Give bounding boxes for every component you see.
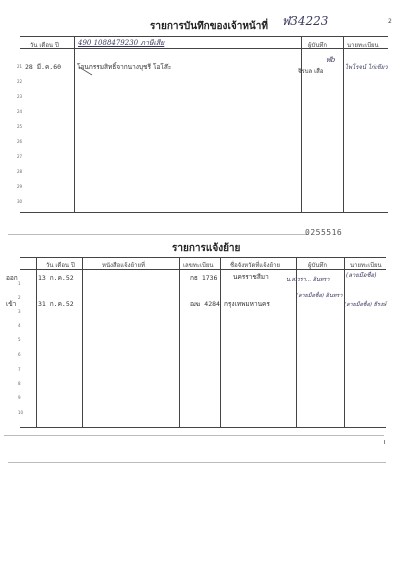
table-bottom-border bbox=[20, 212, 388, 213]
column-header-province: ชื่อจังหวัดที่แจ้งย้าย bbox=[230, 260, 280, 270]
column-header-recorder: ผู้บันทึก bbox=[308, 40, 327, 50]
recorder-name: จิรบล เสือ bbox=[298, 66, 323, 76]
province: กรุงเทพมหานคร bbox=[224, 299, 270, 309]
column-header-registrar: นายทะเบียน bbox=[347, 40, 379, 50]
column-header-date: วัน เดือน ปี bbox=[30, 40, 59, 50]
column-header-notice: หนังสือแจ้งย้ายที่ bbox=[102, 260, 145, 270]
transfer-records-title: รายการแจ้งย้าย bbox=[172, 241, 240, 256]
column-divider bbox=[82, 257, 83, 427]
separator-line bbox=[8, 234, 308, 235]
recorder-initial: ฬb bbox=[326, 55, 335, 66]
registrar-signature: (ลายมือชื่อ) ธีรงษ์ bbox=[344, 301, 386, 309]
header-bottom-border bbox=[20, 48, 388, 49]
record-date: 28 มี.ค.60 bbox=[25, 62, 61, 72]
registrar-signature: ไพโรจน์ ไก่เขียว bbox=[345, 62, 388, 72]
transfer-type: เข้า bbox=[6, 299, 16, 309]
column-header-reg-no: เลขทะเบียน bbox=[183, 260, 213, 270]
table-bottom-border bbox=[20, 427, 386, 428]
column-header-recorder: ผู้บันทึก bbox=[308, 260, 327, 270]
column-divider bbox=[74, 36, 75, 212]
column-header-date: วัน เดือน ปี bbox=[46, 260, 75, 270]
cross-out-stroke bbox=[78, 66, 98, 78]
recorder-signature: (ลายมือชื่อ) อินทรา bbox=[296, 292, 342, 300]
province: นครราชสีมา bbox=[233, 272, 269, 282]
stamp-text: 490 1088479230 ภาษีเสีย bbox=[78, 38, 164, 49]
column-divider bbox=[220, 257, 221, 427]
scan-mark bbox=[384, 440, 385, 444]
table-top-border bbox=[20, 36, 388, 37]
page-number: 2 bbox=[388, 18, 392, 25]
column-divider bbox=[36, 257, 37, 427]
column-header-registrar: นายทะเบียน bbox=[350, 260, 382, 270]
registration-number: กธ 1736 bbox=[190, 273, 217, 283]
faint-line bbox=[4, 435, 384, 436]
registrar-signature: (ลายมือชื่อ) bbox=[346, 270, 376, 280]
transfer-type: ออก bbox=[6, 273, 18, 283]
table-top-border bbox=[20, 257, 386, 258]
faint-line bbox=[8, 462, 386, 463]
transfer-date: 13 ก.ค.52 bbox=[38, 273, 74, 283]
handwritten-reference: ฬ34223 bbox=[282, 12, 328, 31]
registration-number: ฌฆ 4284 bbox=[190, 299, 220, 309]
column-divider bbox=[343, 36, 344, 212]
column-divider bbox=[344, 257, 345, 427]
recorder-signature: น.ส.วรา... อินทรา bbox=[286, 276, 329, 284]
transfer-date: 31 ก.ค.52 bbox=[38, 299, 74, 309]
column-divider bbox=[179, 257, 180, 427]
column-divider bbox=[301, 36, 302, 212]
document-number: 0255516 bbox=[305, 228, 342, 237]
officer-records-title: รายการบันทึกของเจ้าหน้าที่ bbox=[150, 19, 268, 34]
